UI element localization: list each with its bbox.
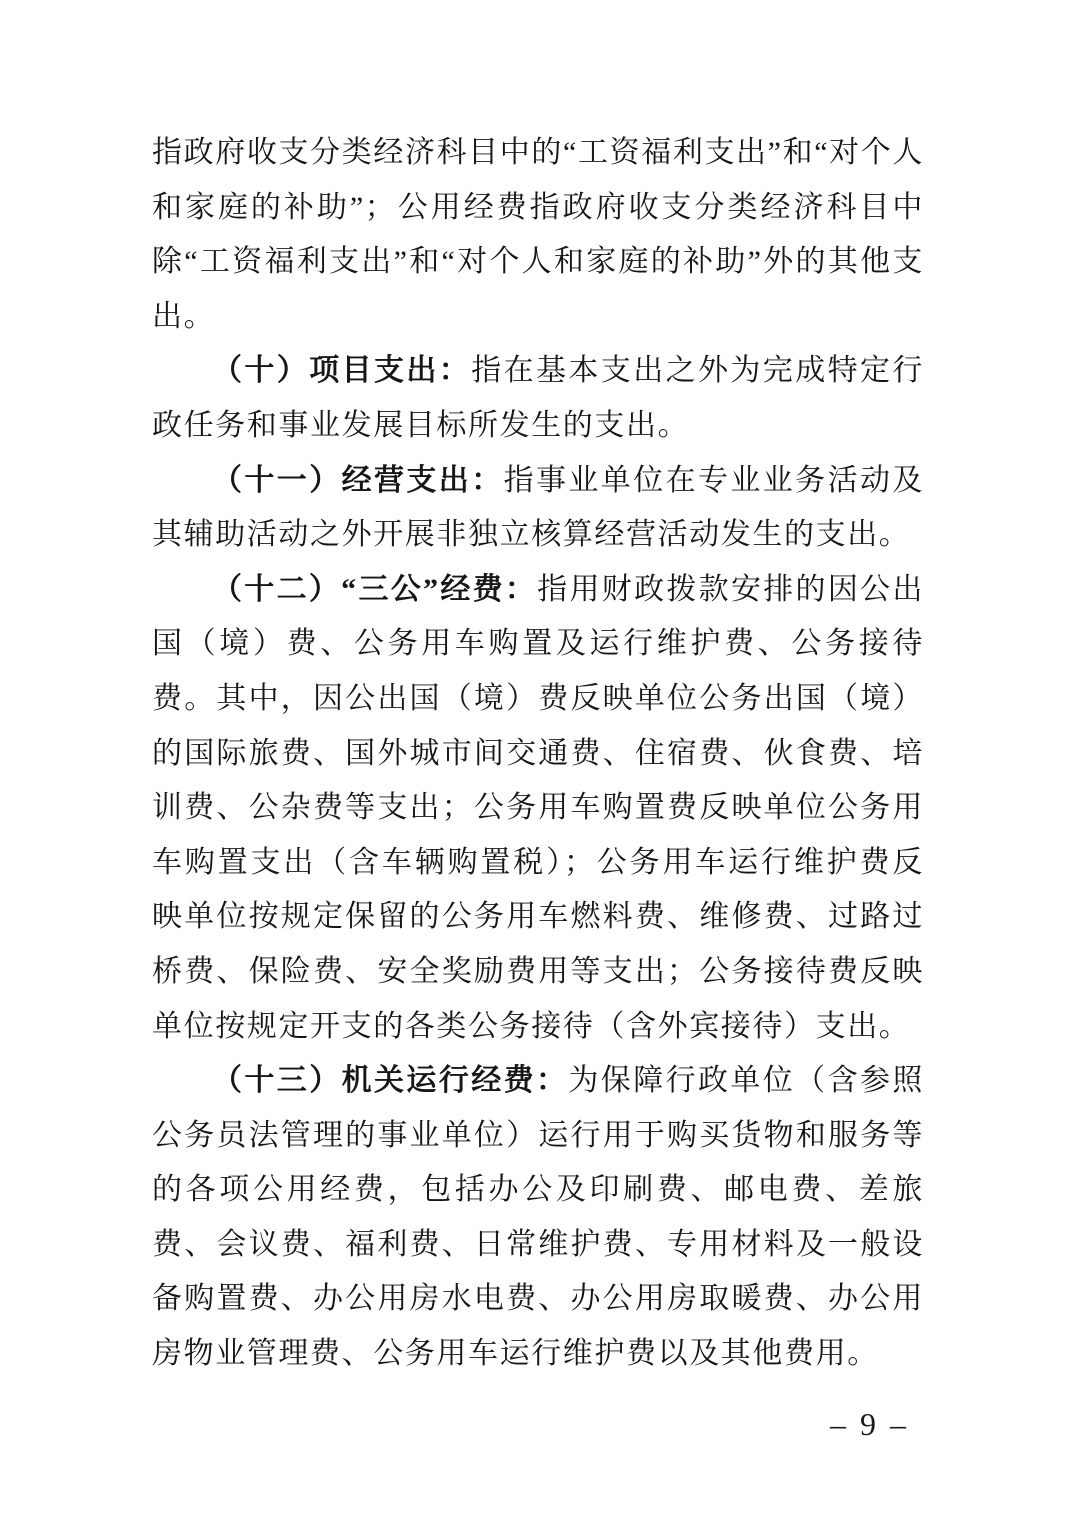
paragraph-text: 为保障行政单位（含参照公务员法管理的事业单位）运行用于购买货物和服务等的各项公用…: [152, 1064, 924, 1370]
paragraph-text: 指政府收支分类经济科目中的“工资福利支出”和“对个人和家庭的补助”；公用经费指政…: [152, 136, 924, 333]
paragraph-item-13: （十三）机关运行经费：为保障行政单位（含参照公务员法管理的事业单位）运行用于购买…: [152, 1054, 924, 1382]
paragraph-item-12: （十二）“三公”经费：指用财政拨款安排的因公出国（境）费、公务用车购置及运行维护…: [152, 563, 924, 1054]
document-body: 指政府收支分类经济科目中的“工资福利支出”和“对个人和家庭的补助”；公用经费指政…: [152, 126, 924, 1382]
document-page: 指政府收支分类经济科目中的“工资福利支出”和“对个人和家庭的补助”；公用经费指政…: [0, 0, 1075, 1521]
paragraph-continuation: 指政府收支分类经济科目中的“工资福利支出”和“对个人和家庭的补助”；公用经费指政…: [152, 126, 924, 344]
page-number: – 9 –: [830, 1404, 909, 1444]
term-label-item-10: （十）项目支出：: [212, 354, 471, 387]
term-label-item-12: （十二）“三公”经费：: [212, 573, 537, 606]
paragraph-item-11: （十一）经营支出：指事业单位在专业业务活动及其辅助活动之外开展非独立核算经营活动…: [152, 454, 924, 563]
term-label-item-11: （十一）经营支出：: [212, 464, 504, 497]
term-label-item-13: （十三）机关运行经费：: [212, 1064, 568, 1097]
paragraph-item-10: （十）项目支出：指在基本支出之外为完成特定行政任务和事业发展目标所发生的支出。: [152, 344, 924, 453]
paragraph-text: 指用财政拨款安排的因公出国（境）费、公务用车购置及运行维护费、公务接待费。其中，…: [152, 573, 924, 1043]
